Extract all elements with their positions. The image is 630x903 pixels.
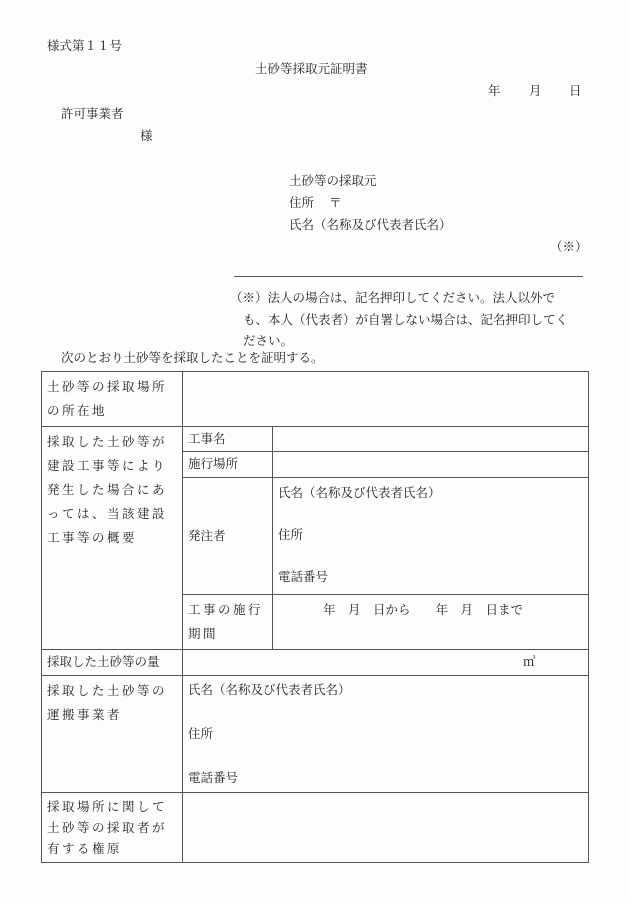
seal-note-line-2: も、本人（代表者）が自署しない場合は、記名押印してく — [230, 309, 586, 331]
seal-note-line-3: ださい。 — [230, 330, 586, 352]
transporter-name-label: 氏名（名称及び代表者氏名） — [188, 679, 583, 701]
quantity-label: 採取した土砂等の量 — [42, 650, 183, 676]
client-label: 発注者 — [183, 478, 273, 595]
seal-mark: （※） — [550, 241, 588, 254]
table-row-transporter: 採取した土砂等の運搬事業者 氏名（名称及び代表者氏名） 住所 電話番号 — [42, 676, 589, 793]
client-input[interactable]: 氏名（名称及び代表者氏名） 住所 電話番号 — [273, 478, 589, 595]
signature-line — [234, 276, 583, 277]
table-row-quantity: 採取した土砂等の量 ㎥ — [42, 650, 589, 676]
project-overview-label: 採取した土砂等が建設工事等により発生した場合にあっては、当該建設工事等の概要 — [42, 427, 183, 650]
period-label: 工事の施行期間 — [183, 595, 273, 650]
period-input[interactable]: 年 月 日から 年 月 日まで — [273, 595, 589, 650]
certificate-table: 土砂等の採取場所の所在地 採取した土砂等が建設工事等により発生した場合にあっては… — [41, 371, 589, 863]
project-name-label: 工事名 — [183, 427, 273, 452]
honorific-label: 様 — [140, 130, 153, 143]
project-name-input[interactable] — [273, 427, 589, 452]
client-phone-label: 電話番号 — [278, 562, 583, 591]
transporter-address-label: 住所 — [188, 723, 583, 745]
issuer-name-label: 氏名（名称及び代表者氏名） — [289, 219, 452, 232]
table-row-location: 土砂等の採取場所の所在地 — [42, 372, 589, 427]
certification-statement: 次のとおり土砂等を採取したことを証明する。 — [61, 352, 324, 365]
cubic-meter-unit: ㎥ — [523, 654, 536, 669]
seal-note: （※）法人の場合は、記名押印してください。法人以外で も、本人（代表者）が自署し… — [230, 287, 586, 352]
postal-mark-icon: 〒 — [329, 197, 342, 210]
transporter-phone-label: 電話番号 — [188, 767, 583, 789]
addressee-label: 許可事業者 — [61, 108, 124, 121]
construction-site-input[interactable] — [273, 452, 589, 478]
date-year-label: 年 — [488, 85, 501, 98]
transporter-input[interactable]: 氏名（名称及び代表者氏名） 住所 電話番号 — [183, 676, 589, 793]
location-label: 土砂等の採取場所の所在地 — [42, 372, 183, 427]
issuer-address-label: 住所 — [289, 197, 314, 210]
construction-site-label: 施行場所 — [183, 452, 273, 478]
quantity-input[interactable]: ㎥ — [183, 650, 589, 676]
rights-label: 採取場所に関して土砂等の採取者が有する権原 — [42, 793, 183, 863]
document-title: 土砂等採取元証明書 — [255, 63, 368, 76]
form-number: 様式第１１号 — [47, 40, 122, 53]
transporter-label: 採取した土砂等の運搬事業者 — [42, 676, 183, 793]
date-day-label: 日 — [569, 85, 582, 98]
date-month-label: 月 — [529, 85, 542, 98]
rights-input[interactable] — [183, 793, 589, 863]
location-input[interactable] — [183, 372, 589, 427]
issuer-heading: 土砂等の採取元 — [289, 175, 377, 188]
client-address-label: 住所 — [278, 520, 583, 549]
table-row-project-name: 採取した土砂等が建設工事等により発生した場合にあっては、当該建設工事等の概要 工… — [42, 427, 589, 452]
client-name-label: 氏名（名称及び代表者氏名） — [278, 478, 583, 507]
seal-note-line-1: （※）法人の場合は、記名押印してください。法人以外で — [230, 287, 586, 309]
table-row-rights: 採取場所に関して土砂等の採取者が有する権原 — [42, 793, 589, 863]
